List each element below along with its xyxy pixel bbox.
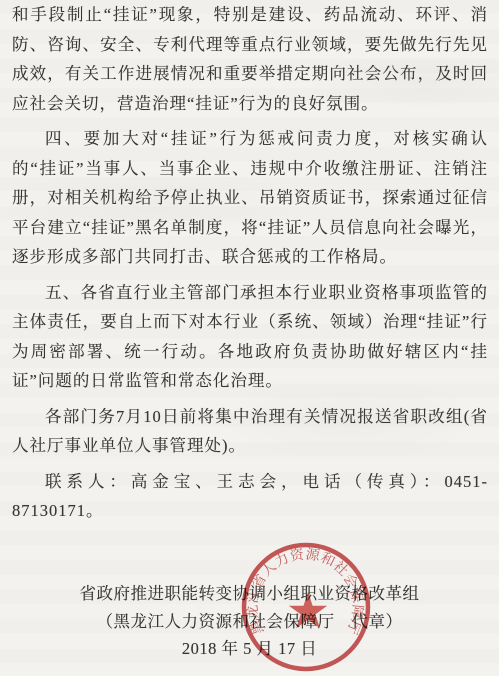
official-seal: 黑龙江省人力资源和社会保障厅 ★ [238,540,374,676]
body-paragraph: 联系人：高金宝、王志会，电话（传真）：0451-87130171。 [12,467,488,526]
body-paragraph: 各部门务7月10日前将集中治理有关情况报送省职改组(省人社厅事业单位人事管理处)… [12,402,488,461]
body-paragraph: 和手段制止“挂证”现象，特别是建设、药品流动、环评、消防、咨询、安全、专利代理等… [12,0,488,118]
body-paragraph: 五、各省直行业主管部门承担本行业职业资格事项监管的主体责任，要自上而下对本行业（… [12,278,488,396]
document-page: 和手段制止“挂证”现象，特别是建设、药品流动、环评、消防、咨询、安全、专利代理等… [0,0,499,676]
star-icon: ★ [286,582,331,640]
body-paragraph: 四、要加大对“挂证”行为惩戒问责力度，对核实确认的“挂证”当事人、当事企业、违规… [12,124,488,272]
document-body: 和手段制止“挂证”现象，特别是建设、药品流动、环评、消防、咨询、安全、专利代理等… [12,0,488,526]
